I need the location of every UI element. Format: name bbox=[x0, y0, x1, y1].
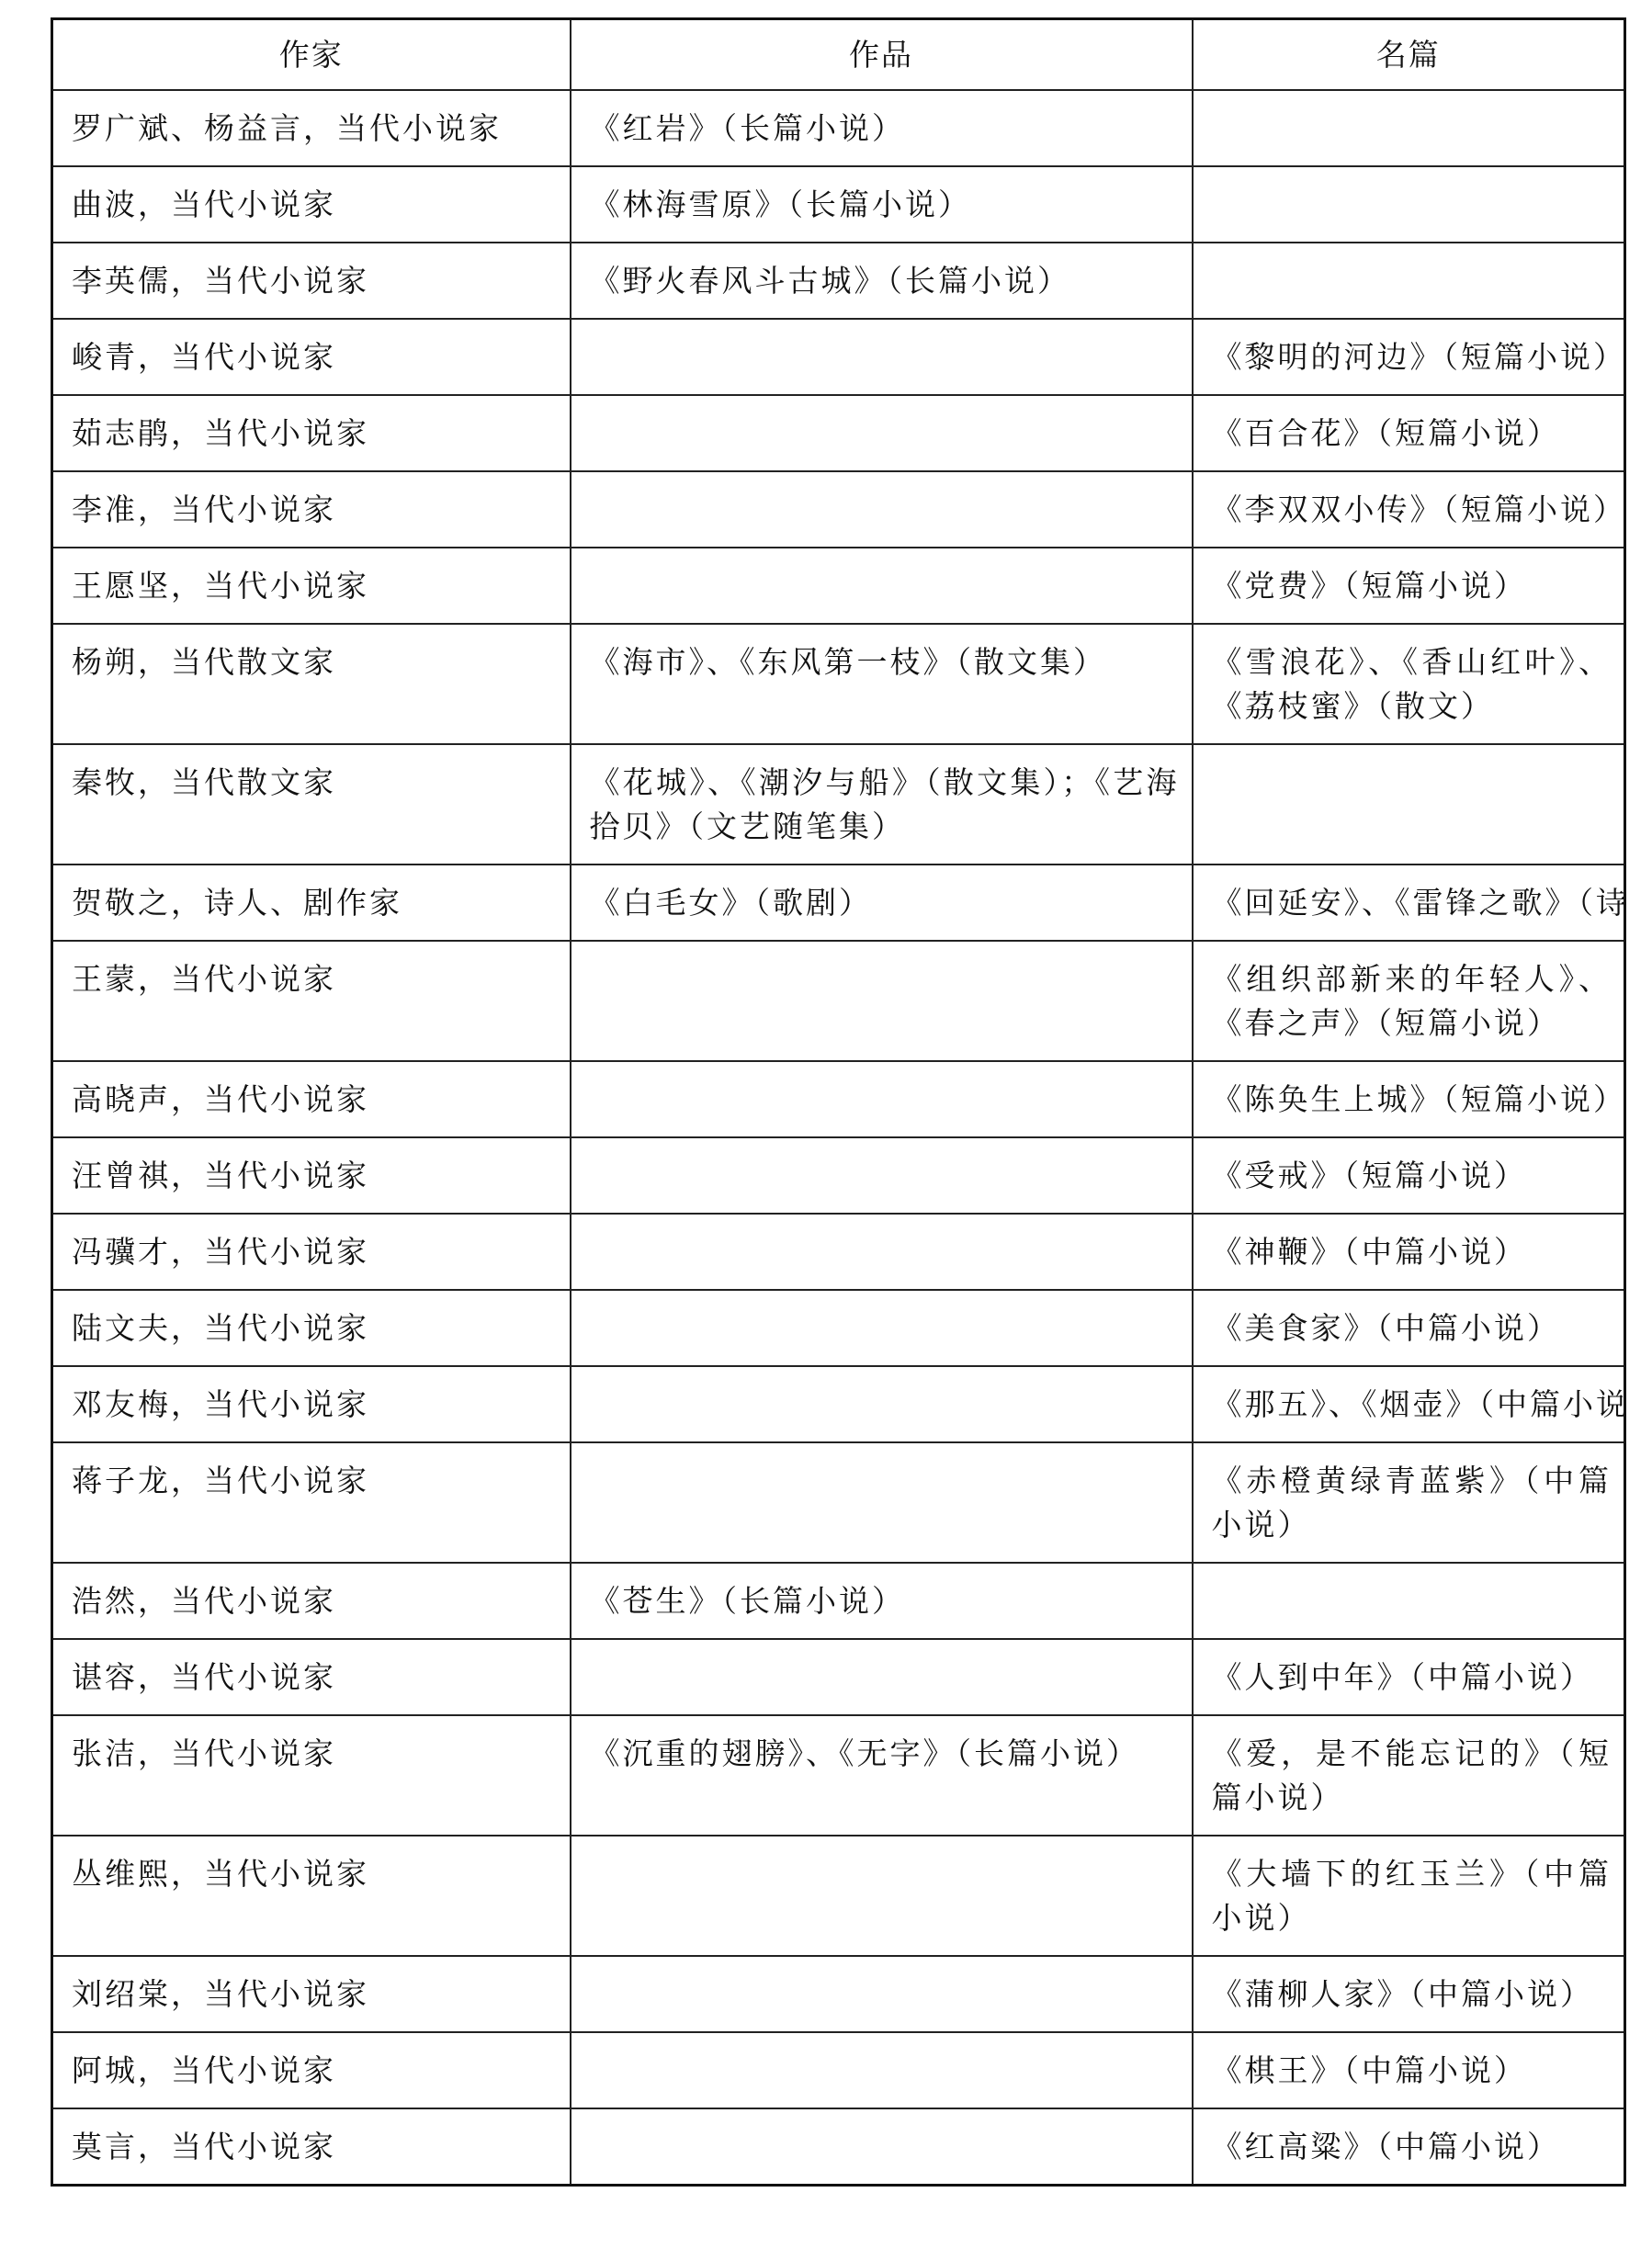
works-cell bbox=[571, 1366, 1193, 1442]
famous-cell bbox=[1193, 90, 1625, 166]
famous-text: 《人到中年》（中篇小说） bbox=[1212, 1656, 1610, 1700]
author-text: 贺敬之，诗人、剧作家 bbox=[72, 881, 555, 925]
author-cell: 罗广斌、杨益言，当代小说家 bbox=[52, 90, 571, 166]
table-row: 高晓声，当代小说家《陈奂生上城》（短篇小说） bbox=[52, 1061, 1625, 1137]
table-row: 秦牧，当代散文家《花城》、《潮汐与船》（散文集）；《艺海拾贝》（文艺随笔集） bbox=[52, 744, 1625, 865]
author-cell: 高晓声，当代小说家 bbox=[52, 1061, 571, 1137]
famous-cell bbox=[1193, 744, 1625, 865]
famous-text: 小说） bbox=[1212, 1503, 1610, 1547]
works-cell bbox=[571, 1442, 1193, 1563]
works-text: 拾贝》（文艺随笔集） bbox=[590, 805, 1177, 849]
author-cell: 曲波，当代小说家 bbox=[52, 166, 571, 243]
works-text: 《白毛女》（歌剧） bbox=[590, 881, 1177, 925]
author-cell: 邓友梅，当代小说家 bbox=[52, 1366, 571, 1442]
author-cell: 阿城，当代小说家 bbox=[52, 2032, 571, 2108]
famous-cell bbox=[1193, 243, 1625, 319]
works-cell: 《林海雪原》（长篇小说） bbox=[571, 166, 1193, 243]
famous-cell: 《赤橙黄绿青蓝紫》（中篇小说） bbox=[1193, 1442, 1625, 1563]
famous-cell: 《陈奂生上城》（短篇小说） bbox=[1193, 1061, 1625, 1137]
famous-cell bbox=[1193, 166, 1625, 243]
famous-cell: 《党费》（短篇小说） bbox=[1193, 548, 1625, 624]
famous-text: 《神鞭》（中篇小说） bbox=[1212, 1230, 1610, 1274]
author-cell: 贺敬之，诗人、剧作家 bbox=[52, 865, 571, 941]
famous-text: 《蒲柳人家》（中篇小说） bbox=[1212, 1972, 1610, 2017]
famous-text: 《棋王》（中篇小说） bbox=[1212, 2049, 1610, 2093]
table-row: 茹志鹃，当代小说家《百合花》（短篇小说） bbox=[52, 395, 1625, 471]
author-text: 秦牧，当代散文家 bbox=[72, 761, 555, 805]
table-row: 蒋子龙，当代小说家《赤橙黄绿青蓝紫》（中篇小说） bbox=[52, 1442, 1625, 1563]
famous-cell: 《黎明的河边》（短篇小说） bbox=[1193, 319, 1625, 395]
author-cell: 李准，当代小说家 bbox=[52, 471, 571, 548]
author-text: 曲波，当代小说家 bbox=[72, 183, 555, 227]
table-row: 李准，当代小说家《李双双小传》（短篇小说） bbox=[52, 471, 1625, 548]
famous-text: 《党费》（短篇小说） bbox=[1212, 564, 1610, 608]
table-row: 浩然，当代小说家《苍生》（长篇小说） bbox=[52, 1563, 1625, 1639]
author-text: 李准，当代小说家 bbox=[72, 488, 555, 532]
famous-text: 《陈奂生上城》（短篇小说） bbox=[1212, 1078, 1610, 1122]
famous-cell: 《回延安》、《雷锋之歌》（诗） bbox=[1193, 865, 1625, 941]
table-header-row: 作家 作品 名篇 bbox=[52, 19, 1625, 91]
table-row: 张洁，当代小说家《沉重的翅膀》、《无字》（长篇小说）《爱，是不能忘记的》（短篇小… bbox=[52, 1715, 1625, 1836]
works-text: 《沉重的翅膀》、《无字》（长篇小说） bbox=[590, 1732, 1177, 1776]
author-cell: 谌容，当代小说家 bbox=[52, 1639, 571, 1715]
author-text: 李英儒，当代小说家 bbox=[72, 259, 555, 303]
famous-cell: 《组织部新来的年轻人》、《春之声》（短篇小说） bbox=[1193, 941, 1625, 1061]
works-cell: 《苍生》（长篇小说） bbox=[571, 1563, 1193, 1639]
famous-cell: 《受戒》（短篇小说） bbox=[1193, 1137, 1625, 1214]
works-cell: 《海市》、《东风第一枝》（散文集） bbox=[571, 624, 1193, 744]
author-text: 王蒙，当代小说家 bbox=[72, 957, 555, 1001]
famous-text: 《春之声》（短篇小说） bbox=[1212, 1001, 1610, 1045]
works-cell bbox=[571, 1836, 1193, 1956]
works-text: 《花城》、《潮汐与船》（散文集）；《艺海 bbox=[590, 761, 1177, 805]
table-row: 曲波，当代小说家《林海雪原》（长篇小说） bbox=[52, 166, 1625, 243]
famous-cell: 《百合花》（短篇小说） bbox=[1193, 395, 1625, 471]
table-row: 谌容，当代小说家《人到中年》（中篇小说） bbox=[52, 1639, 1625, 1715]
table-row: 峻青，当代小说家《黎明的河边》（短篇小说） bbox=[52, 319, 1625, 395]
famous-text: 篇小说） bbox=[1212, 1776, 1610, 1820]
famous-cell: 《李双双小传》（短篇小说） bbox=[1193, 471, 1625, 548]
famous-text: 《回延安》、《雷锋之歌》（诗） bbox=[1212, 881, 1610, 925]
famous-text: 小说） bbox=[1212, 1896, 1610, 1940]
famous-cell: 《大墙下的红玉兰》（中篇小说） bbox=[1193, 1836, 1625, 1956]
works-cell bbox=[571, 1214, 1193, 1290]
famous-text: 《组织部新来的年轻人》、 bbox=[1212, 957, 1610, 1001]
author-cell: 峻青，当代小说家 bbox=[52, 319, 571, 395]
table-row: 王愿坚，当代小说家《党费》（短篇小说） bbox=[52, 548, 1625, 624]
author-cell: 杨朔，当代散文家 bbox=[52, 624, 571, 744]
famous-text: 《爱，是不能忘记的》（短 bbox=[1212, 1732, 1610, 1776]
works-cell bbox=[571, 2032, 1193, 2108]
works-cell bbox=[571, 1956, 1193, 2032]
table-row: 冯骥才，当代小说家《神鞭》（中篇小说） bbox=[52, 1214, 1625, 1290]
author-text: 浩然，当代小说家 bbox=[72, 1579, 555, 1623]
author-text: 丛维熙，当代小说家 bbox=[72, 1852, 555, 1896]
famous-cell: 《爱，是不能忘记的》（短篇小说） bbox=[1193, 1715, 1625, 1836]
famous-cell: 《红高粱》（中篇小说） bbox=[1193, 2108, 1625, 2186]
table-row: 莫言，当代小说家《红高粱》（中篇小说） bbox=[52, 2108, 1625, 2186]
works-cell bbox=[571, 1290, 1193, 1366]
literature-table-container: 作家 作品 名篇 罗广斌、杨益言，当代小说家《红岩》（长篇小说）曲波，当代小说家… bbox=[51, 17, 1624, 2187]
famous-text: 《赤橙黄绿青蓝紫》（中篇 bbox=[1212, 1459, 1610, 1503]
author-cell: 茹志鹃，当代小说家 bbox=[52, 395, 571, 471]
column-header-works: 作品 bbox=[571, 19, 1193, 91]
table-row: 陆文夫，当代小说家《美食家》（中篇小说） bbox=[52, 1290, 1625, 1366]
author-cell: 浩然，当代小说家 bbox=[52, 1563, 571, 1639]
table-row: 杨朔，当代散文家《海市》、《东风第一枝》（散文集）《雪浪花》、《香山红叶》、《荔… bbox=[52, 624, 1625, 744]
table-row: 汪曾祺，当代小说家《受戒》（短篇小说） bbox=[52, 1137, 1625, 1214]
works-cell: 《沉重的翅膀》、《无字》（长篇小说） bbox=[571, 1715, 1193, 1836]
famous-cell: 《棋王》（中篇小说） bbox=[1193, 2032, 1625, 2108]
famous-text: 《美食家》（中篇小说） bbox=[1212, 1306, 1610, 1351]
author-text: 谌容，当代小说家 bbox=[72, 1656, 555, 1700]
works-cell bbox=[571, 1137, 1193, 1214]
table-body: 罗广斌、杨益言，当代小说家《红岩》（长篇小说）曲波，当代小说家《林海雪原》（长篇… bbox=[52, 90, 1625, 2186]
famous-cell: 《雪浪花》、《香山红叶》、《荔枝蜜》（散文） bbox=[1193, 624, 1625, 744]
famous-text: 《红高粱》（中篇小说） bbox=[1212, 2125, 1610, 2169]
famous-cell: 《蒲柳人家》（中篇小说） bbox=[1193, 1956, 1625, 2032]
table-row: 王蒙，当代小说家《组织部新来的年轻人》、《春之声》（短篇小说） bbox=[52, 941, 1625, 1061]
author-text: 阿城，当代小说家 bbox=[72, 2049, 555, 2093]
famous-cell: 《那五》、《烟壶》（中篇小说） bbox=[1193, 1366, 1625, 1442]
column-header-author: 作家 bbox=[52, 19, 571, 91]
works-cell: 《红岩》（长篇小说） bbox=[571, 90, 1193, 166]
table-row: 邓友梅，当代小说家《那五》、《烟壶》（中篇小说） bbox=[52, 1366, 1625, 1442]
author-text: 高晓声，当代小说家 bbox=[72, 1078, 555, 1122]
famous-cell: 《人到中年》（中篇小说） bbox=[1193, 1639, 1625, 1715]
famous-text: 《那五》、《烟壶》（中篇小说） bbox=[1212, 1383, 1610, 1427]
works-cell bbox=[571, 1639, 1193, 1715]
author-text: 汪曾祺，当代小说家 bbox=[72, 1154, 555, 1198]
works-cell bbox=[571, 395, 1193, 471]
author-cell: 陆文夫，当代小说家 bbox=[52, 1290, 571, 1366]
table-row: 贺敬之，诗人、剧作家《白毛女》（歌剧）《回延安》、《雷锋之歌》（诗） bbox=[52, 865, 1625, 941]
works-cell bbox=[571, 2108, 1193, 2186]
table-row: 阿城，当代小说家《棋王》（中篇小说） bbox=[52, 2032, 1625, 2108]
table-row: 罗广斌、杨益言，当代小说家《红岩》（长篇小说） bbox=[52, 90, 1625, 166]
works-text: 《林海雪原》（长篇小说） bbox=[590, 183, 1177, 227]
author-text: 王愿坚，当代小说家 bbox=[72, 564, 555, 608]
table-row: 李英儒，当代小说家《野火春风斗古城》（长篇小说） bbox=[52, 243, 1625, 319]
famous-text: 《百合花》（短篇小说） bbox=[1212, 412, 1610, 456]
author-cell: 刘绍棠，当代小说家 bbox=[52, 1956, 571, 2032]
famous-text: 《荔枝蜜》（散文） bbox=[1212, 684, 1610, 729]
works-cell: 《野火春风斗古城》（长篇小说） bbox=[571, 243, 1193, 319]
works-cell bbox=[571, 319, 1193, 395]
author-cell: 秦牧，当代散文家 bbox=[52, 744, 571, 865]
works-text: 《苍生》（长篇小说） bbox=[590, 1579, 1177, 1623]
famous-text: 《黎明的河边》（短篇小说） bbox=[1212, 335, 1610, 379]
author-text: 峻青，当代小说家 bbox=[72, 335, 555, 379]
author-cell: 冯骥才，当代小说家 bbox=[52, 1214, 571, 1290]
author-cell: 王蒙，当代小说家 bbox=[52, 941, 571, 1061]
famous-text: 《李双双小传》（短篇小说） bbox=[1212, 488, 1610, 532]
author-text: 陆文夫，当代小说家 bbox=[72, 1306, 555, 1351]
famous-cell: 《美食家》（中篇小说） bbox=[1193, 1290, 1625, 1366]
author-text: 蒋子龙，当代小说家 bbox=[72, 1459, 555, 1503]
works-cell bbox=[571, 1061, 1193, 1137]
famous-cell bbox=[1193, 1563, 1625, 1639]
author-text: 茹志鹃，当代小说家 bbox=[72, 412, 555, 456]
works-cell bbox=[571, 941, 1193, 1061]
famous-text: 《雪浪花》、《香山红叶》、 bbox=[1212, 640, 1610, 684]
works-text: 《野火春风斗古城》（长篇小说） bbox=[590, 259, 1177, 303]
works-cell bbox=[571, 471, 1193, 548]
author-cell: 王愿坚，当代小说家 bbox=[52, 548, 571, 624]
works-cell bbox=[571, 548, 1193, 624]
author-cell: 张洁，当代小说家 bbox=[52, 1715, 571, 1836]
famous-text: 《大墙下的红玉兰》（中篇 bbox=[1212, 1852, 1610, 1896]
author-text: 邓友梅，当代小说家 bbox=[72, 1383, 555, 1427]
works-text: 《红岩》（长篇小说） bbox=[590, 107, 1177, 151]
author-text: 罗广斌、杨益言，当代小说家 bbox=[72, 107, 555, 151]
famous-cell: 《神鞭》（中篇小说） bbox=[1193, 1214, 1625, 1290]
column-header-famous: 名篇 bbox=[1193, 19, 1625, 91]
author-text: 杨朔，当代散文家 bbox=[72, 640, 555, 684]
author-text: 莫言，当代小说家 bbox=[72, 2125, 555, 2169]
author-text: 刘绍棠，当代小说家 bbox=[72, 1972, 555, 2017]
table-row: 刘绍棠，当代小说家《蒲柳人家》（中篇小说） bbox=[52, 1956, 1625, 2032]
famous-text: 《受戒》（短篇小说） bbox=[1212, 1154, 1610, 1198]
works-cell: 《白毛女》（歌剧） bbox=[571, 865, 1193, 941]
table-row: 丛维熙，当代小说家《大墙下的红玉兰》（中篇小说） bbox=[52, 1836, 1625, 1956]
author-cell: 汪曾祺，当代小说家 bbox=[52, 1137, 571, 1214]
author-text: 张洁，当代小说家 bbox=[72, 1732, 555, 1776]
authors-works-table: 作家 作品 名篇 罗广斌、杨益言，当代小说家《红岩》（长篇小说）曲波，当代小说家… bbox=[51, 17, 1626, 2187]
author-text: 冯骥才，当代小说家 bbox=[72, 1230, 555, 1274]
works-text: 《海市》、《东风第一枝》（散文集） bbox=[590, 640, 1177, 684]
author-cell: 莫言，当代小说家 bbox=[52, 2108, 571, 2186]
author-cell: 蒋子龙，当代小说家 bbox=[52, 1442, 571, 1563]
author-cell: 李英儒，当代小说家 bbox=[52, 243, 571, 319]
works-cell: 《花城》、《潮汐与船》（散文集）；《艺海拾贝》（文艺随笔集） bbox=[571, 744, 1193, 865]
author-cell: 丛维熙，当代小说家 bbox=[52, 1836, 571, 1956]
